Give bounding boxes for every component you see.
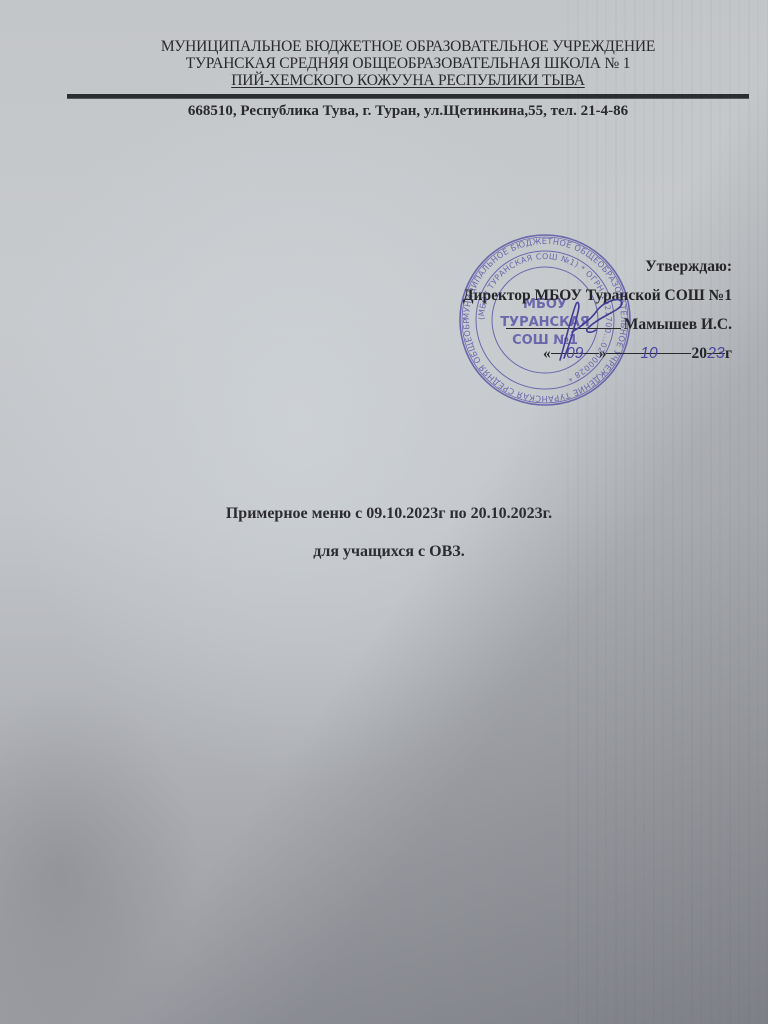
quote-open: « xyxy=(543,345,551,362)
approval-month: 10 xyxy=(606,339,691,354)
approval-heading: Утверждаю: xyxy=(463,252,732,281)
approval-date-row: «09»102023г xyxy=(463,339,732,368)
approver-position: Директор МБОУ Туранской СОШ №1 xyxy=(463,281,732,310)
approver-name-row: Мамышев И.С. xyxy=(463,310,732,339)
approval-year: 23 xyxy=(707,339,725,354)
approver-name: Мамышев И.С. xyxy=(624,316,732,333)
letterhead-line-1: МУНИЦИПАЛЬНОЕ БЮДЖЕТНОЕ ОБРАЗОВАТЕЛЬНОЕ … xyxy=(67,38,749,55)
document-title: Примерное меню с 09.10.2023г по 20.10.20… xyxy=(0,505,768,523)
year-end: г xyxy=(725,345,732,362)
letterhead-divider xyxy=(67,94,749,99)
year-prefix: 20 xyxy=(691,345,707,362)
quote-close: » xyxy=(599,345,607,362)
school-address: 668510, Республика Тува, г. Туран, ул.Ще… xyxy=(67,103,749,120)
document-subtitle: для учащихся с ОВЗ. xyxy=(0,543,768,561)
approval-day: 09 xyxy=(551,339,599,354)
signature-line xyxy=(506,314,621,329)
letterhead-line-2: ТУРАНСКАЯ СРЕДНЯЯ ОБЩЕОБРАЗОВАТЕЛЬНАЯ ШК… xyxy=(67,55,749,72)
letterhead: МУНИЦИПАЛЬНОЕ БЮДЖЕТНОЕ ОБРАЗОВАТЕЛЬНОЕ … xyxy=(67,38,749,89)
letterhead-line-3: ПИЙ-ХЕМСКОГО КОЖУУНА РЕСПУБЛИКИ ТЫВА xyxy=(67,72,749,89)
approval-block: Утверждаю: Директор МБОУ Туранской СОШ №… xyxy=(463,252,732,368)
